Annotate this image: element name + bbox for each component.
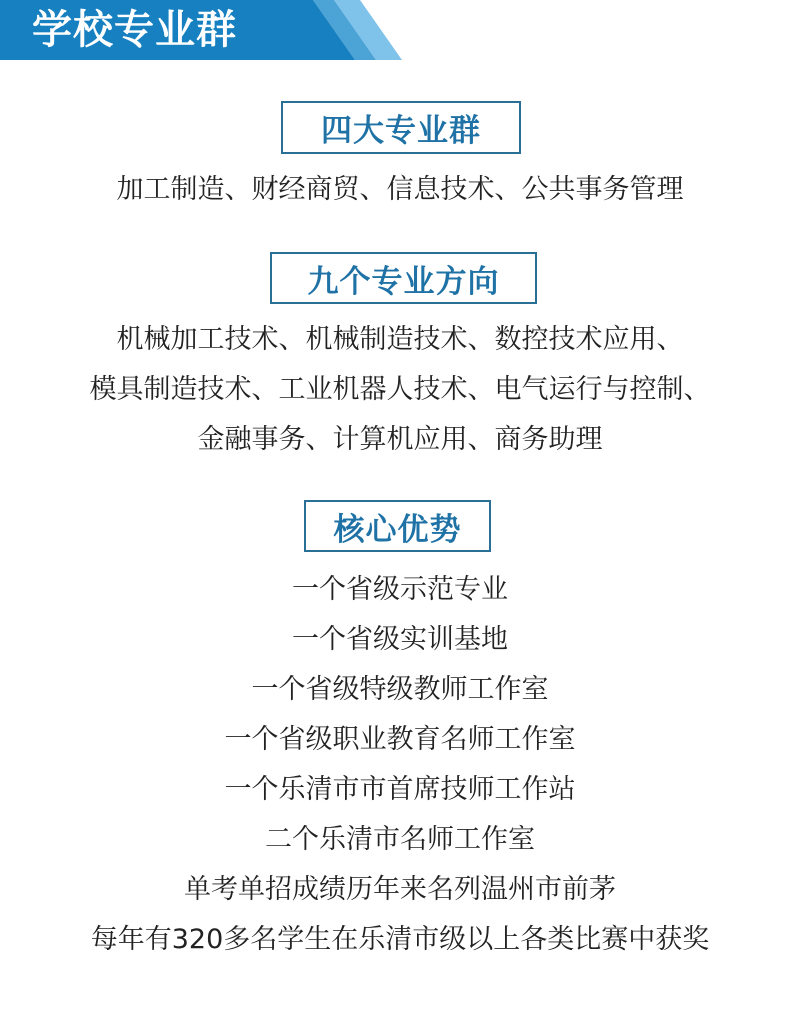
- section-text-line: 金融事务、计算机应用、商务助理: [0, 420, 800, 460]
- section-text-line: 二个乐清市名师工作室: [0, 820, 800, 860]
- section-text-line: 一个乐清市市首席技师工作站: [0, 770, 800, 810]
- page-title: 学校专业群: [32, 6, 237, 54]
- section-box-four-groups: 四大专业群: [281, 101, 521, 154]
- section-text-line: 机械加工技术、机械制造技术、数控技术应用、: [0, 320, 800, 360]
- section-text-line: 一个省级实训基地: [0, 620, 800, 660]
- section-title: 四大专业群: [321, 105, 481, 150]
- section-title: 九个专业方向: [308, 256, 500, 301]
- section-box-core-advantages: 核心优势: [304, 500, 491, 552]
- header-banner: 学校专业群: [0, 0, 410, 60]
- section-text-line: 一个省级示范专业: [0, 570, 800, 610]
- section-text-line: 一个省级职业教育名师工作室: [0, 720, 800, 760]
- section-title: 核心优势: [334, 504, 462, 549]
- section-text-line: 单考单招成绩历年来名列温州市前茅: [0, 870, 800, 910]
- section-text-line: 每年有320多名学生在乐清市级以上各类比赛中获奖: [0, 920, 800, 960]
- section-text-line: 一个省级特级教师工作室: [0, 670, 800, 710]
- section-box-nine-directions: 九个专业方向: [270, 252, 537, 304]
- section-text-line: 加工制造、财经商贸、信息技术、公共事务管理: [0, 170, 800, 210]
- section-text-line: 模具制造技术、工业机器人技术、电气运行与控制、: [0, 370, 800, 410]
